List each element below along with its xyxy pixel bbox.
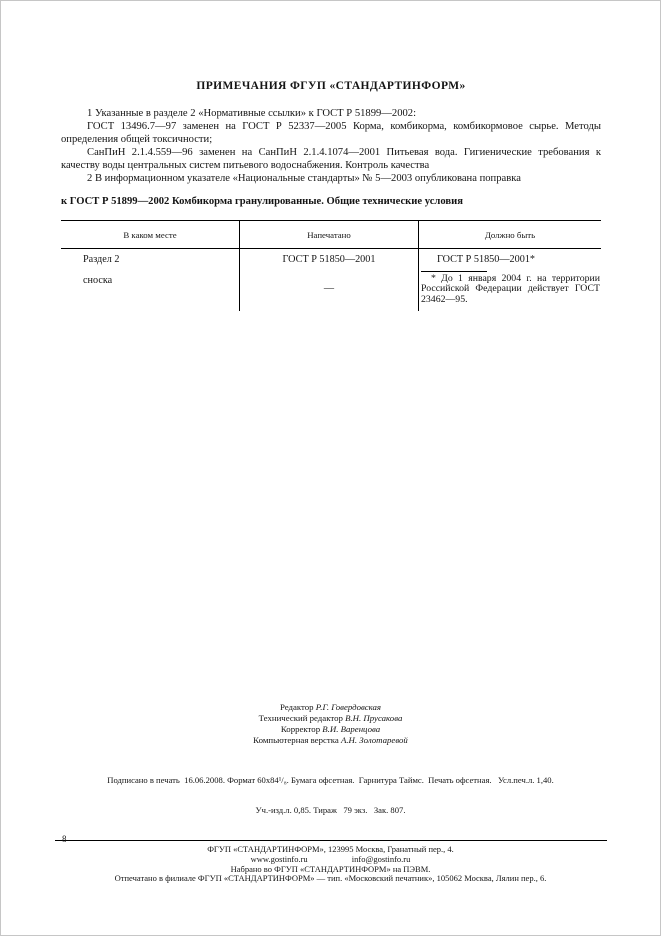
page-number: 8 <box>62 834 67 844</box>
errata-table: В каком месте Напечатано Должно быть Раз… <box>61 220 601 311</box>
page-title: ПРИМЕЧАНИЯ ФГУП «СТАНДАРТИНФОРМ» <box>61 80 601 92</box>
staff-name: В.И. Варенцова <box>322 724 380 734</box>
staff-name: Р.Г. Говердовская <box>316 702 381 712</box>
colophon: Редактор Р.Г. Говердовская Технический р… <box>28 702 633 884</box>
staff-role: Редактор <box>280 702 314 712</box>
table-cell-should-be-row1: ГОСТ Р 51850—2001* <box>421 254 600 266</box>
staff-role: Корректор <box>281 724 320 734</box>
staff-line-layout: Компьютерная верстка А.Н. Золотаревой <box>28 735 633 746</box>
staff-name: А.Н. Золотаревой <box>341 735 408 745</box>
publisher-address: ФГУП «СТАНДАРТИНФОРМ», 123995 Москва, Гр… <box>28 845 633 855</box>
imprint-line-2: Уч.-изд.л. 0,85. Тираж 79 экз. Зак. 807. <box>28 805 633 815</box>
table-cell-printed-row1: ГОСТ Р 51850—2001 <box>240 254 418 266</box>
column-header-place: В каком месте <box>61 221 240 248</box>
staff-role: Компьютерная верстка <box>253 735 339 745</box>
paragraph-references-intro: 1 Указанные в разделе 2 «Нормативные ссы… <box>61 107 601 120</box>
divider-rule <box>55 840 607 841</box>
table-cell-place-row1: Раздел 2 <box>83 254 233 266</box>
column-should-be: ГОСТ Р 51850—2001* * До 1 января 2004 г.… <box>419 249 601 311</box>
staff-line-editor: Редактор Р.Г. Говердовская <box>28 702 633 713</box>
printed-note: Отпечатано в филиале ФГУП «СТАНДАРТИНФОР… <box>28 874 633 884</box>
staff-role: Технический редактор <box>259 713 343 723</box>
column-header-printed: Напечатано <box>240 221 419 248</box>
paragraph-gost-replacement: ГОСТ 13496.7—97 заменен на ГОСТ Р 52337—… <box>61 120 601 146</box>
column-place: Раздел 2 сноска <box>61 249 240 311</box>
staff-line-technical-editor: Технический редактор В.Н. Прусакова <box>28 713 633 724</box>
imprint-block: Подписано в печать 16.06.2008. Формат 60… <box>28 755 633 835</box>
publisher-block: ФГУП «СТАНДАРТИНФОРМ», 123995 Москва, Гр… <box>28 845 633 884</box>
staff-line-corrector: Корректор В.И. Варенцова <box>28 724 633 735</box>
imprint-line-1: Подписано в печать 16.06.2008. Формат 60… <box>28 775 633 785</box>
errata-table-body: Раздел 2 сноска ГОСТ Р 51850—2001 — ГОСТ… <box>61 249 601 311</box>
table-cell-place-row2: сноска <box>83 275 233 287</box>
staff-name: В.Н. Прусакова <box>345 713 402 723</box>
table-cell-printed-row2: — <box>240 283 418 295</box>
column-header-should-be: Должно быть <box>419 221 601 248</box>
paragraph-sanpin-replacement: СанПиН 2.1.4.559—96 заменен на СанПиН 2.… <box>61 146 601 172</box>
footnote-rule <box>421 271 487 272</box>
amendment-standard-title: к ГОСТ Р 51899—2002 Комбикорма гранулиро… <box>61 195 601 208</box>
document-content: ПРИМЕЧАНИЯ ФГУП «СТАНДАРТИНФОРМ» 1 Указа… <box>61 80 601 311</box>
column-printed: ГОСТ Р 51850—2001 — <box>240 249 419 311</box>
errata-table-header-row: В каком месте Напечатано Должно быть <box>61 221 601 249</box>
paragraph-amendment-note: 2 В информационном указателе «Национальн… <box>61 172 601 185</box>
table-cell-footnote: * До 1 января 2004 г. на территории Росс… <box>421 274 600 305</box>
